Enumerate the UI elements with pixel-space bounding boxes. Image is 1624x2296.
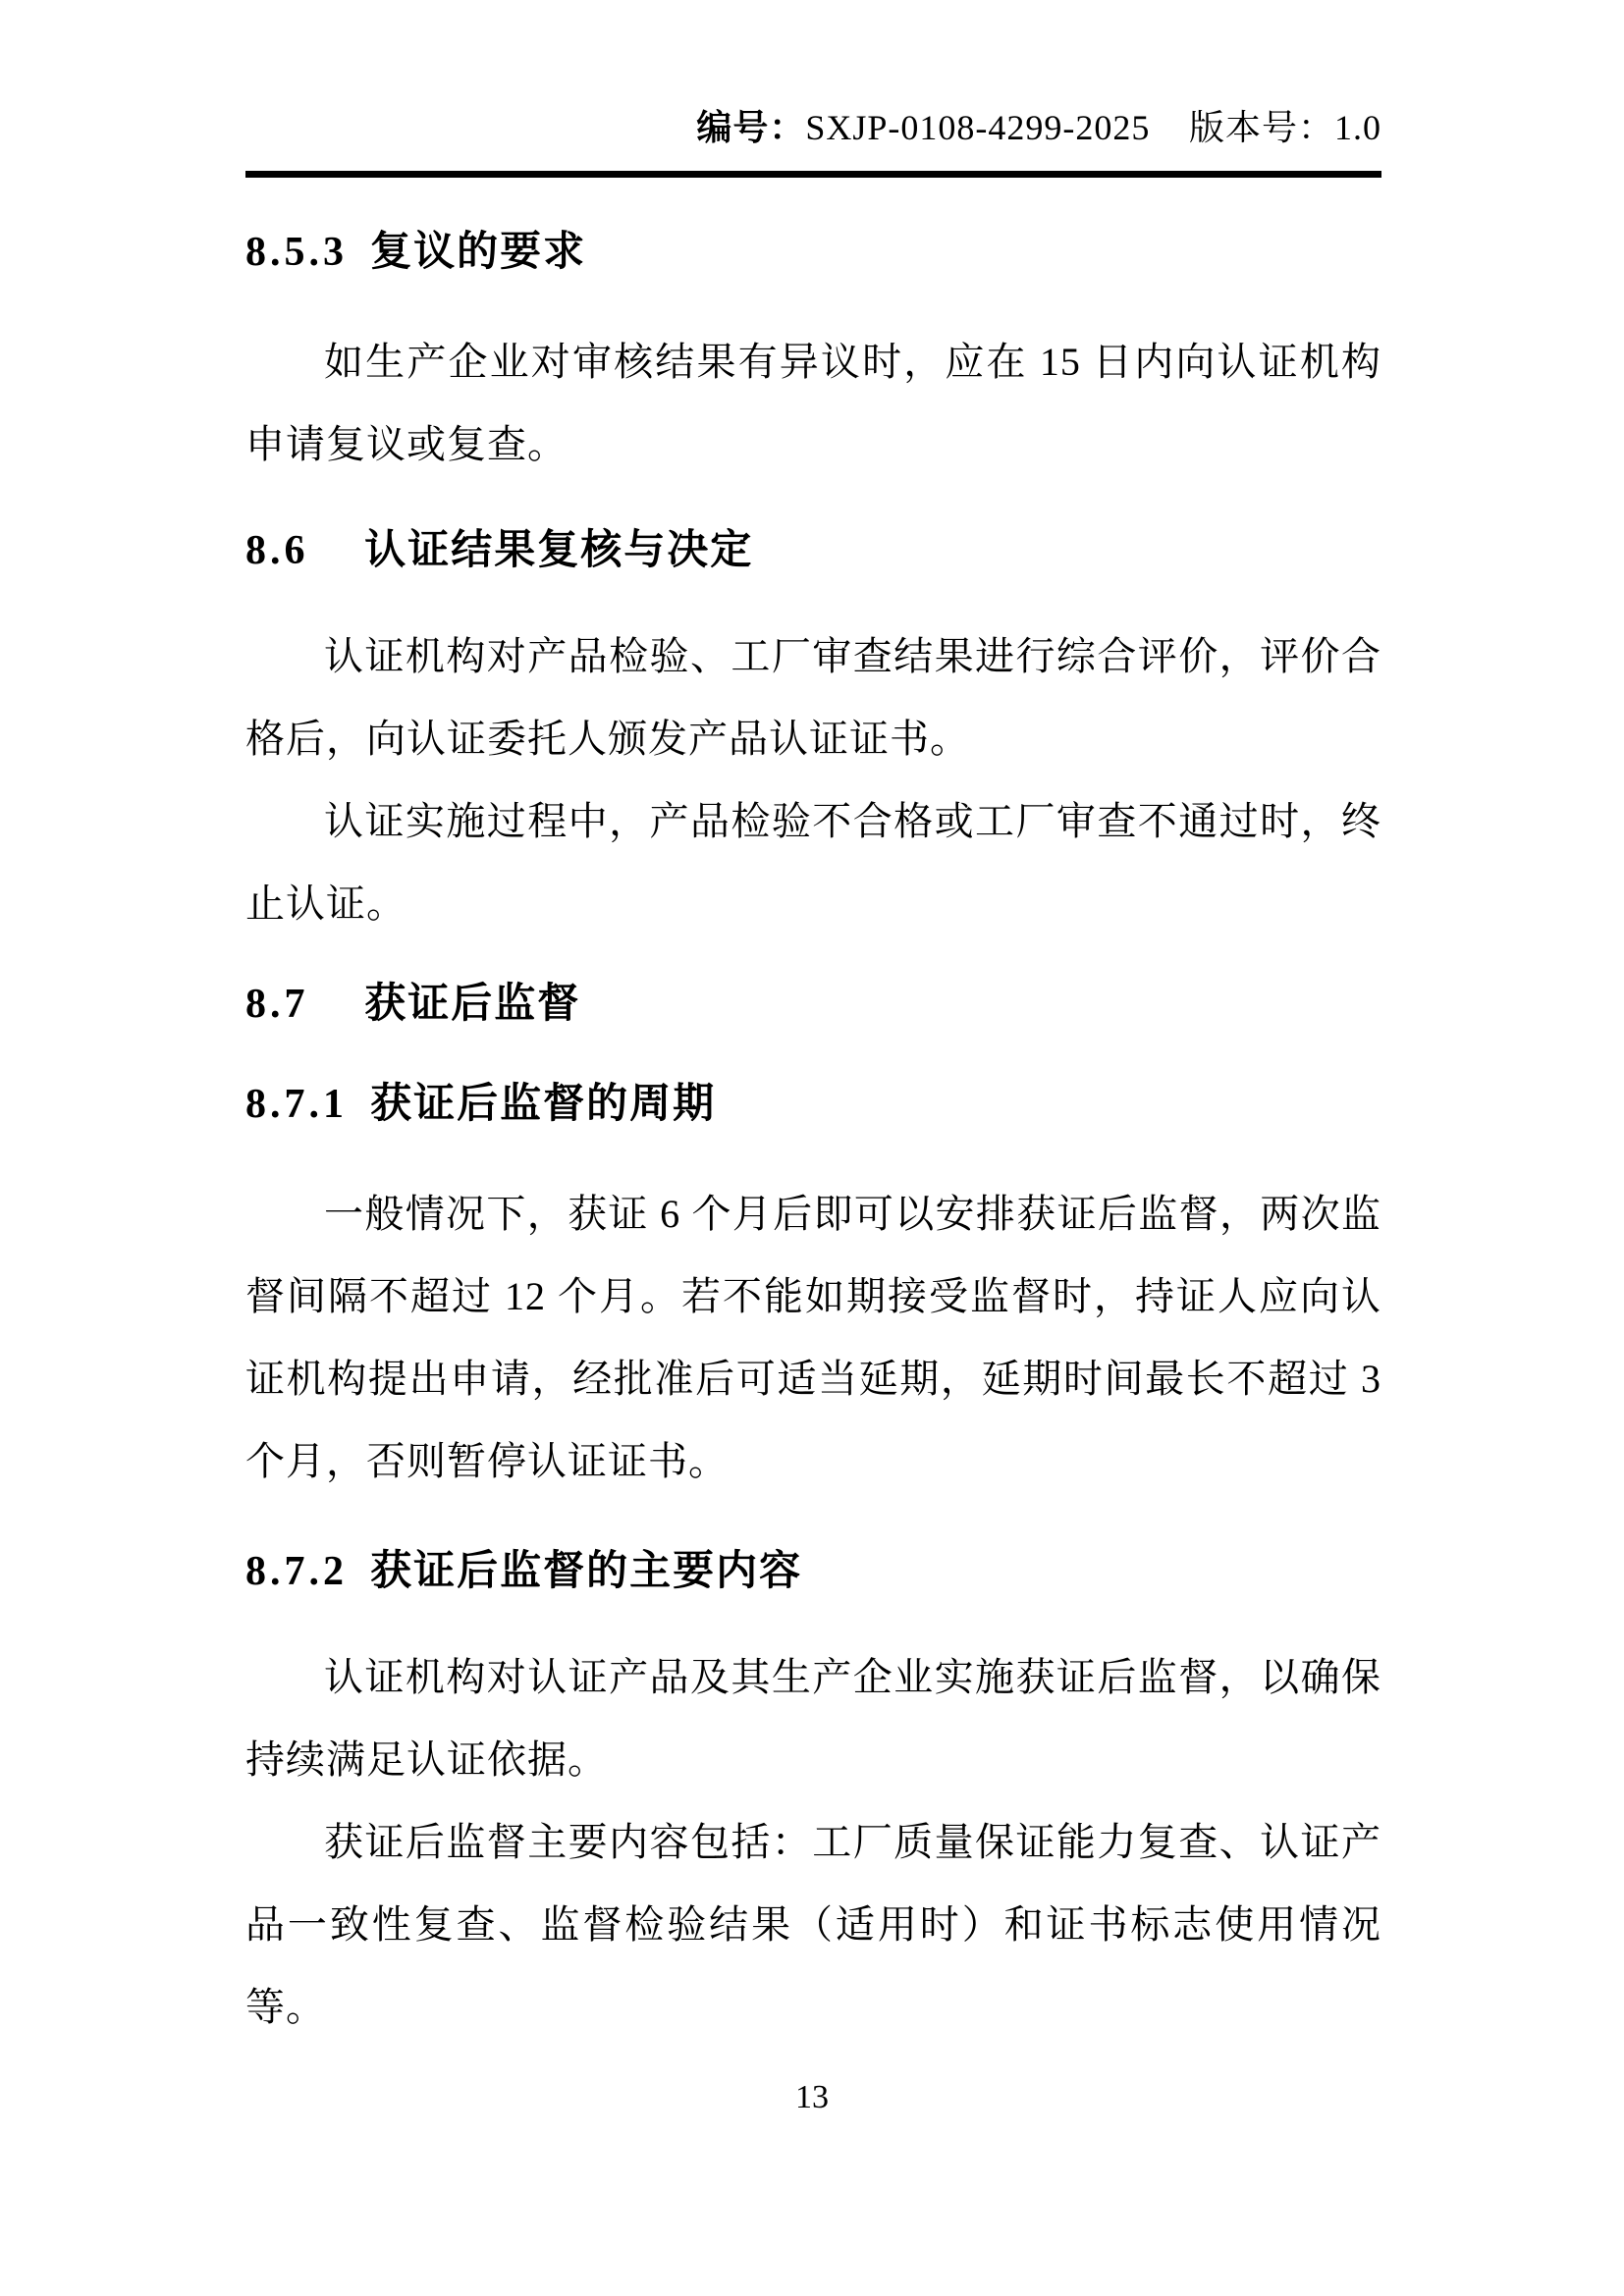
page-content: 编号：SXJP-0108-4299-2025版本号：1.0 8.5.3复议的要求… (245, 0, 1381, 2049)
paragraph-8-7-2-2: 获证后监督主要内容包括：工厂质量保证能力复查、认证产品一致性复查、监督检验结果（… (245, 1801, 1381, 2049)
paragraph-8-5-3-1: 如生产企业对审核结果有异议时，应在 15 日内向认证机构申请复议或复查。 (245, 321, 1381, 486)
section-number: 8.7.1 (245, 1082, 348, 1127)
section-title: 获证后监督 (364, 982, 580, 1027)
document-page: 编号：SXJP-0108-4299-2025版本号：1.0 8.5.3复议的要求… (0, 0, 1624, 2296)
section-title: 复议的要求 (370, 230, 586, 275)
paragraph-8-6-1: 认证机构对产品检验、工厂审查结果进行综合评价，评价合格后，向认证委托人颁发产品认… (245, 615, 1381, 780)
page-header: 编号：SXJP-0108-4299-2025版本号：1.0 (245, 0, 1381, 153)
version-label: 版本号： (1189, 108, 1334, 147)
paragraph-8-6-2: 认证实施过程中，产品检验不合格或工厂审查不通过时，终止认证。 (245, 780, 1381, 945)
doc-number-label: 编号： (696, 108, 805, 147)
section-number: 8.7 (245, 982, 309, 1027)
version-value: 1.0 (1334, 108, 1381, 147)
page-footer: 13 (0, 2079, 1624, 2116)
paragraph-8-7-1-1: 一般情况下，获证 6 个月后即可以安排获证后监督，两次监督间隔不超过 12 个月… (245, 1173, 1381, 1503)
section-heading-8-7: 8.7获证后监督 (245, 975, 1381, 1034)
header-rule (245, 171, 1381, 178)
section-heading-8-7-1: 8.7.1获证后监督的周期 (245, 1075, 1381, 1134)
section-number: 8.7.2 (245, 1549, 348, 1594)
section-heading-8-7-2: 8.7.2获证后监督的主要内容 (245, 1542, 1381, 1601)
section-title: 获证后监督的周期 (370, 1082, 716, 1127)
paragraph-8-7-2-1: 认证机构对认证产品及其生产企业实施获证后监督，以确保持续满足认证依据。 (245, 1636, 1381, 1801)
section-number: 8.5.3 (245, 230, 348, 275)
doc-number-value: SXJP-0108-4299-2025 (805, 108, 1150, 147)
section-heading-8-6: 8.6认证结果复核与决定 (245, 521, 1381, 580)
page-number: 13 (795, 2079, 829, 2115)
section-number: 8.6 (245, 528, 309, 573)
section-heading-8-5-3: 8.5.3复议的要求 (245, 223, 1381, 282)
section-title: 获证后监督的主要内容 (370, 1549, 802, 1594)
section-title: 认证结果复核与决定 (364, 528, 753, 573)
